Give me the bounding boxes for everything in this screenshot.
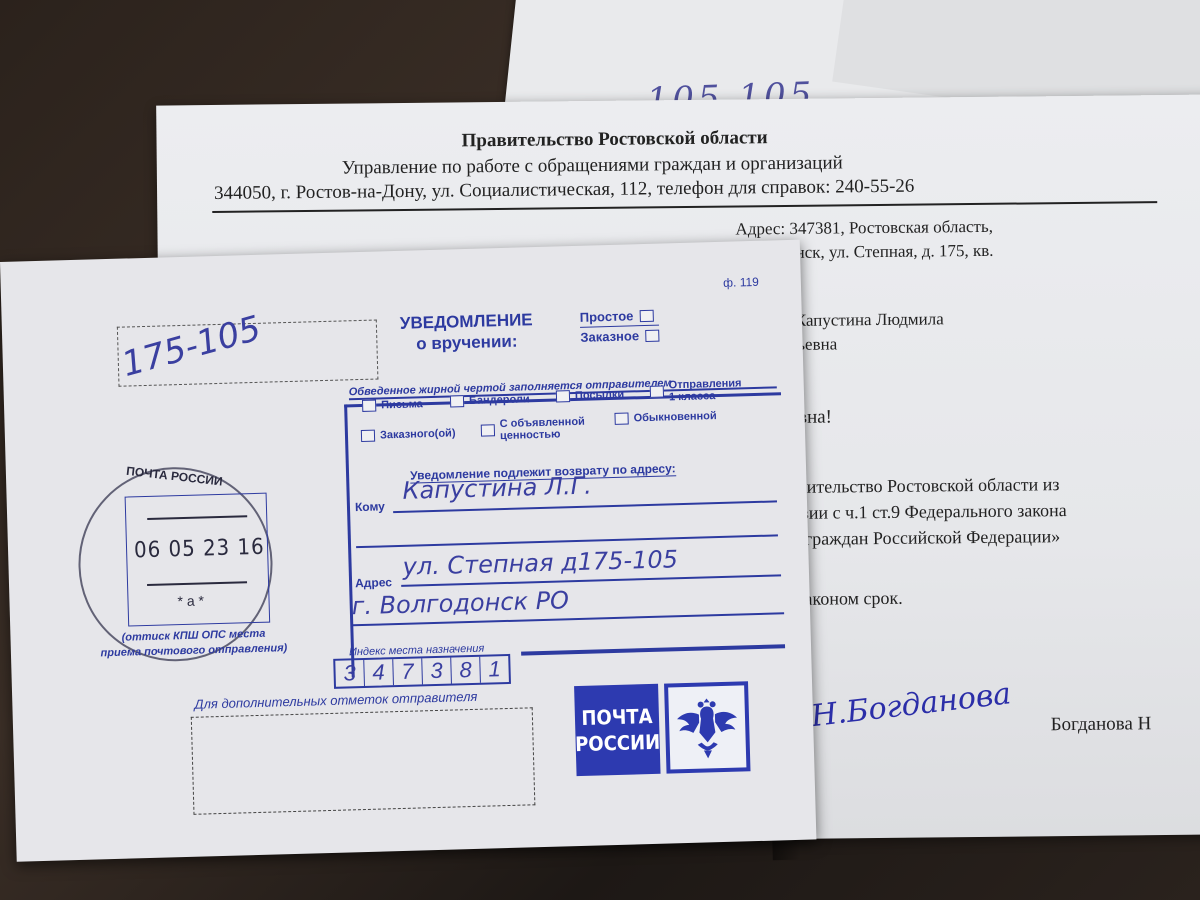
postmark-letter: * а * — [177, 592, 204, 609]
postmark-date: 06 05 23 16 — [134, 535, 265, 564]
option-first-class[interactable]: Отправления1 класса — [650, 377, 742, 404]
signer-name: Богданова Н — [1051, 713, 1152, 736]
extra-marks-label: Для дополнительных отметок отправителя — [194, 689, 477, 712]
first-class-label-1: Отправления — [669, 377, 742, 391]
parcels-checkbox[interactable] — [556, 390, 570, 402]
notice-type: Простое Заказное — [580, 306, 660, 347]
option-parcels[interactable]: Посылки — [556, 389, 625, 403]
index-digit[interactable]: 3 — [422, 658, 452, 685]
registered-label: Заказного(ой) — [380, 427, 456, 441]
form-number: ф. 119 — [723, 275, 759, 290]
address-label: Адрес — [355, 575, 392, 590]
stamp-caption: (оттиск КПШ ОПС места приема почтового о… — [88, 626, 299, 662]
option-declared-value[interactable]: С объявленнойценностью — [481, 416, 586, 443]
first-class-checkbox[interactable] — [650, 386, 664, 398]
letter-org-title: Правительство Ростовской области — [461, 127, 767, 152]
declared-value-checkbox[interactable] — [481, 424, 495, 436]
recipient-address-1: Адрес: 347381, Ростовская область, — [735, 217, 993, 240]
ordinary-checkbox[interactable] — [614, 413, 628, 425]
eagle-emblem-icon — [664, 681, 750, 773]
letter-department: Управление по работе с обращениями гражд… — [342, 152, 843, 179]
letter-body-3: й граждан Российской Федерации» — [791, 526, 1061, 550]
type-registered-label: Заказное — [580, 326, 639, 347]
option-small-parcels[interactable]: Бандероли — [450, 393, 530, 407]
type-registered-checkbox[interactable] — [645, 329, 659, 341]
notice-title: УВЕДОМЛЕНИЕ о вручении: — [400, 309, 534, 355]
letter-body-4: законом срок. — [797, 588, 903, 610]
type-simple-label: Простое — [580, 306, 634, 326]
index-digit[interactable]: 7 — [393, 658, 423, 685]
index-digit[interactable]: 4 — [364, 659, 394, 686]
small-parcels-checkbox[interactable] — [450, 395, 464, 407]
postal-index-boxes[interactable]: 347381 — [333, 654, 511, 689]
option-letters[interactable]: Письма — [362, 398, 423, 412]
letter-body-2: твии с ч.1 ст.9 Федерального закона — [792, 500, 1066, 524]
first-class-label: Отправления1 класса — [669, 377, 742, 403]
parcels-label: Посылки — [575, 389, 625, 402]
letter-org-address: 344050, г. Ростов-на-Дону, ул. Социалист… — [214, 176, 915, 205]
index-digit[interactable]: 3 — [335, 660, 365, 687]
small-parcels-label: Бандероли — [469, 393, 530, 407]
logo-line1: ПОЧТА — [581, 703, 653, 731]
first-class-label-2: 1 класса — [669, 390, 716, 403]
letter-body-1: авительство Ростовской области из — [790, 474, 1060, 498]
type-simple-checkbox[interactable] — [639, 309, 653, 321]
registered-checkbox[interactable] — [361, 430, 375, 442]
logo-line2: РОССИИ — [575, 729, 661, 757]
declared-label-2: ценностью — [500, 428, 561, 442]
notice-title-line2: о вручении: — [400, 330, 533, 355]
ordinary-label: Обыкновенной — [633, 410, 716, 424]
declared-value-label: С объявленнойценностью — [500, 416, 586, 442]
signature: Н.Богданова — [809, 676, 1013, 734]
to-label: Кому — [355, 499, 385, 514]
index-digit[interactable]: 8 — [451, 657, 481, 684]
to-value[interactable]: Капустина Л.Г. — [402, 472, 592, 505]
index-digit[interactable]: 1 — [480, 656, 509, 683]
pochta-rossii-logo: ПОЧТА РОССИИ — [574, 684, 660, 776]
letters-checkbox[interactable] — [362, 400, 376, 412]
extra-marks-box[interactable] — [191, 707, 536, 815]
letters-label: Письма — [381, 398, 423, 411]
delivery-notice-card: ф. 119 175-105 УВЕДОМЛЕНИЕ о вручении: П… — [0, 240, 816, 862]
